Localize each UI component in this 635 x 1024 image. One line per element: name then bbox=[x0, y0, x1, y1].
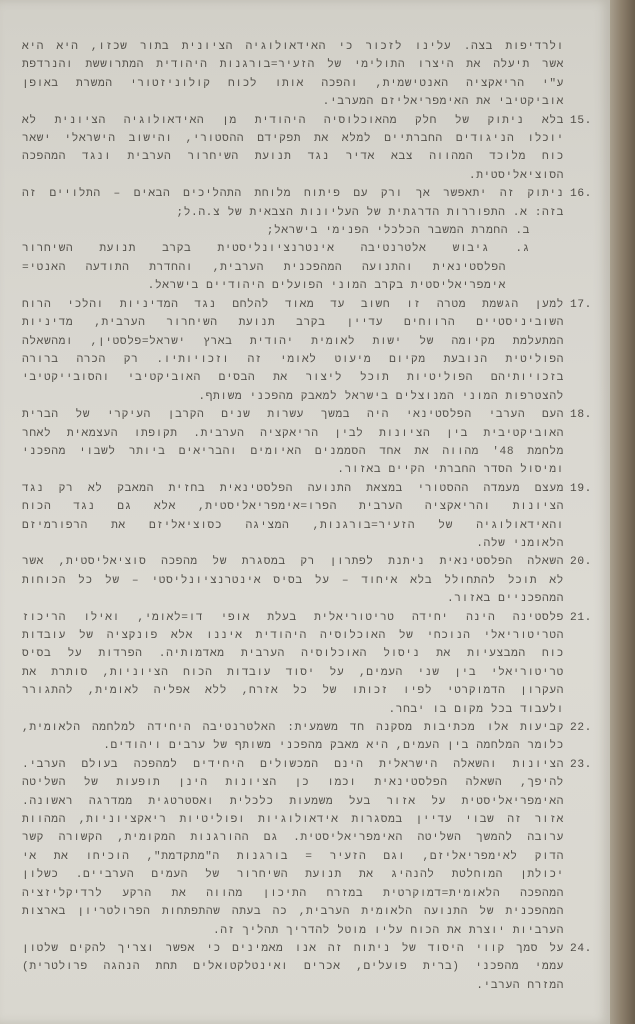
text-line: יכולתן המוחלטת להנהיג את תנועת השיחרור ש… bbox=[22, 866, 564, 884]
text-line: הציונות והשאלה הישראלית הינם המכשולים הי… bbox=[22, 756, 564, 774]
text-line: העם הערבי הפלסטינאי היה במשך עשרות שנים … bbox=[22, 406, 564, 424]
text-line: אוביקטיבי את האימפריאליזם המערבי. bbox=[22, 93, 564, 111]
text-line: יוכלו הניגודים החברתיים למלא את תפקידם ה… bbox=[22, 130, 564, 148]
paragraph-number: 17. bbox=[570, 296, 604, 314]
text-line: טריטוריאלי בין שני העמים, על יסוד עובדות… bbox=[22, 664, 564, 682]
paragraph-number: 24. bbox=[570, 940, 604, 958]
text-line: ומיסול הסדר החברתי הקיים באזור. bbox=[22, 461, 564, 479]
text-line: פלסטינה הינה יחידה טריטוריאלית בעלת אופי… bbox=[22, 609, 564, 627]
text-line: מעצם מעמדה ההסטורי במצאת התנועה הפלסטינא… bbox=[22, 480, 564, 498]
sub-item-line: ב. החמרת המשבר הכלכלי הפנימי בישראל; bbox=[22, 222, 564, 240]
text-line: כוח המבצעיות את ניסול האוכלוסיה הערבית מ… bbox=[22, 645, 564, 663]
text-line: והאידאולוגיה של הזעיר=בורגנות, המציגה כס… bbox=[22, 517, 564, 535]
paragraph-number: 19. bbox=[570, 480, 604, 498]
text-line: הסוציאליסטית. bbox=[22, 167, 564, 185]
text-line: הציונות והריאקציה הערבית הפרו=אימפריאליס… bbox=[22, 498, 564, 516]
paragraph-number: 23. bbox=[570, 756, 604, 774]
text-line: כלומר המלחמה בין העמים, היא מאבק מהפכני … bbox=[22, 737, 564, 755]
numbered-paragraph: 20.השאלה הפלסטינאית ניתנת לפתרון רק במסג… bbox=[22, 553, 564, 608]
sub-item-line: הפלסטינאית והתנועה המהפכנית הערבית, והחד… bbox=[22, 259, 564, 277]
intro-paragraph: ולרדיפות בצה. עלינו לזכור כי האידאולוגיה… bbox=[22, 38, 564, 112]
numbered-paragraph: 24.על סמך קווי היסוד של ניתוח זה אנו מאמ… bbox=[22, 940, 564, 995]
paragraph-number: 15. bbox=[570, 112, 604, 130]
numbered-paragraph: 21.פלסטינה הינה יחידה טריטוריאלית בעלת א… bbox=[22, 609, 564, 719]
text-line: עממי מהפכני (ברית פועלים, אכרים ואינטלקט… bbox=[22, 958, 564, 976]
text-line: ערובה להמשך השליטה האימפריאליסטית. גם הה… bbox=[22, 829, 564, 847]
text-line: ע"י הריאקציה האנטישמית, והפכה אותו לכוח … bbox=[22, 75, 564, 93]
text-line: האוביקטיבית בין הציונות לבין הריאקציה הע… bbox=[22, 425, 564, 443]
text-line: לא תוכל להתחולל בלא איחוד – על בסיס אינט… bbox=[22, 572, 564, 590]
scanned-page: ולרדיפות בצה. עלינו לזכור כי האידאולוגיה… bbox=[0, 0, 610, 1024]
text-line: העקרון הדמוקרטי לפיו זכותו של כל אזרח, ל… bbox=[22, 682, 564, 700]
text-line: בזכויותיהם הפוליטיות תוכל ליצור את הבסים… bbox=[22, 369, 564, 387]
text-line: אשר תיעלה את היצרו התולימי של הזעיר=בורג… bbox=[22, 56, 564, 74]
text-line: השאלה הפלסטינאית ניתנת לפתרון רק במסגרת … bbox=[22, 553, 564, 571]
text-line: להיפך, השאלה הפלסטינאית וכמו כן הציונות … bbox=[22, 774, 564, 792]
text-line: על סמך קווי היסוד של ניתוח זה אנו מאמיני… bbox=[22, 940, 564, 958]
sub-item-line: אימפריאליסטית בקרב המוני הפועלים היהודיי… bbox=[22, 277, 564, 295]
text-line: הערביות יוצרת את הכוח עליו מוטל להדריך ת… bbox=[22, 922, 564, 940]
text-line: הטריטוריאלי הנוכחי של האוכלוסיה היהודית … bbox=[22, 627, 564, 645]
text-line: ניתוק זה יתאפשר אך ורק עם פיתוח מלוחת הת… bbox=[22, 185, 564, 203]
text-line: הדוק לאימפריאליזם, וגם הזעיר = בורגנות ה… bbox=[22, 848, 564, 866]
numbered-paragraph: 16.ניתוק זה יתאפשר אך ורק עם פיתוח מלוחת… bbox=[22, 185, 564, 295]
text-line: בלא ניתוק של חלק מהאוכלוסיה היהודית מן ה… bbox=[22, 112, 564, 130]
paragraph-number: 21. bbox=[570, 609, 604, 627]
text-line: קביעות אלו מכתיבות מסקנה חד משמעית: האלט… bbox=[22, 719, 564, 737]
paragraph-number: 16. bbox=[570, 185, 604, 203]
text-line: המתעלמת מקיומה של ישות לאומית יהודית באר… bbox=[22, 333, 564, 351]
paragraph-number: 18. bbox=[570, 406, 604, 424]
text-line: להצטרפות המוני המנוצלים בישראל למאבק מהפ… bbox=[22, 388, 564, 406]
text-line: ולעבוד בכל מקום בו יבחר. bbox=[22, 701, 564, 719]
text-line: מלחמת 48' מהווה את אחד הסממנים האיומים ו… bbox=[22, 443, 564, 461]
text-line: המזרח הערבי. bbox=[22, 977, 564, 995]
numbered-paragraph: 17.למען הגשמת מטרה זו חשוב עד מאוד להלחם… bbox=[22, 296, 564, 406]
typewritten-text: ולרדיפות בצה. עלינו לזכור כי האידאולוגיה… bbox=[22, 38, 564, 995]
numbered-paragraph: 22.קביעות אלו מכתיבות מסקנה חד משמעית: ה… bbox=[22, 719, 564, 756]
text-line: המהפכנית של התנועה הלאומית הערבית, כה בע… bbox=[22, 903, 564, 921]
paragraph-number: 20. bbox=[570, 553, 604, 571]
text-line: השוביניסטיים הרווחים עדיין בקרב תנועת הש… bbox=[22, 314, 564, 332]
numbered-paragraph: 23.הציונות והשאלה הישראלית הינם המכשולים… bbox=[22, 756, 564, 940]
text-line: הפוליטית הנובעת מקיום מיעוט לאומי זה וזכ… bbox=[22, 351, 564, 369]
text-line: ולרדיפות בצה. עלינו לזכור כי האידאולוגיה… bbox=[22, 38, 564, 56]
text-line: כוח מלוכד המהווה צבא אדיר נגד תנועת השיח… bbox=[22, 148, 564, 166]
text-line: בזה: א. התפוררות הדרגתית של העליונות הצב… bbox=[22, 204, 564, 222]
numbered-paragraph: 18.העם הערבי הפלסטינאי היה במשך עשרות שנ… bbox=[22, 406, 564, 480]
paragraph-number: 22. bbox=[570, 719, 604, 737]
text-line: המהפכה הלאומית=דמוקרטית במזרח התיכון מהו… bbox=[22, 885, 564, 903]
book-binding-edge bbox=[610, 0, 635, 1024]
text-line: אזור זה שבוי עדיין במסגרות אידאולוגיות ו… bbox=[22, 811, 564, 829]
text-line: הלאומני שלה. bbox=[22, 535, 564, 553]
text-line: המהפכניים באזור. bbox=[22, 590, 564, 608]
numbered-paragraph: 15.בלא ניתוק של חלק מהאוכלוסיה היהודית מ… bbox=[22, 112, 564, 186]
sub-item-line: ג. גיבוש אלטרנטיבה אינטרנציונליסטית בקרב… bbox=[22, 240, 564, 258]
text-line: האימפריאליסטית על אזור בעל משמעות כלכלית… bbox=[22, 793, 564, 811]
numbered-paragraph: 19.מעצם מעמדה ההסטורי במצאת התנועה הפלסט… bbox=[22, 480, 564, 554]
text-line: למען הגשמת מטרה זו חשוב עד מאוד להלחם נג… bbox=[22, 296, 564, 314]
